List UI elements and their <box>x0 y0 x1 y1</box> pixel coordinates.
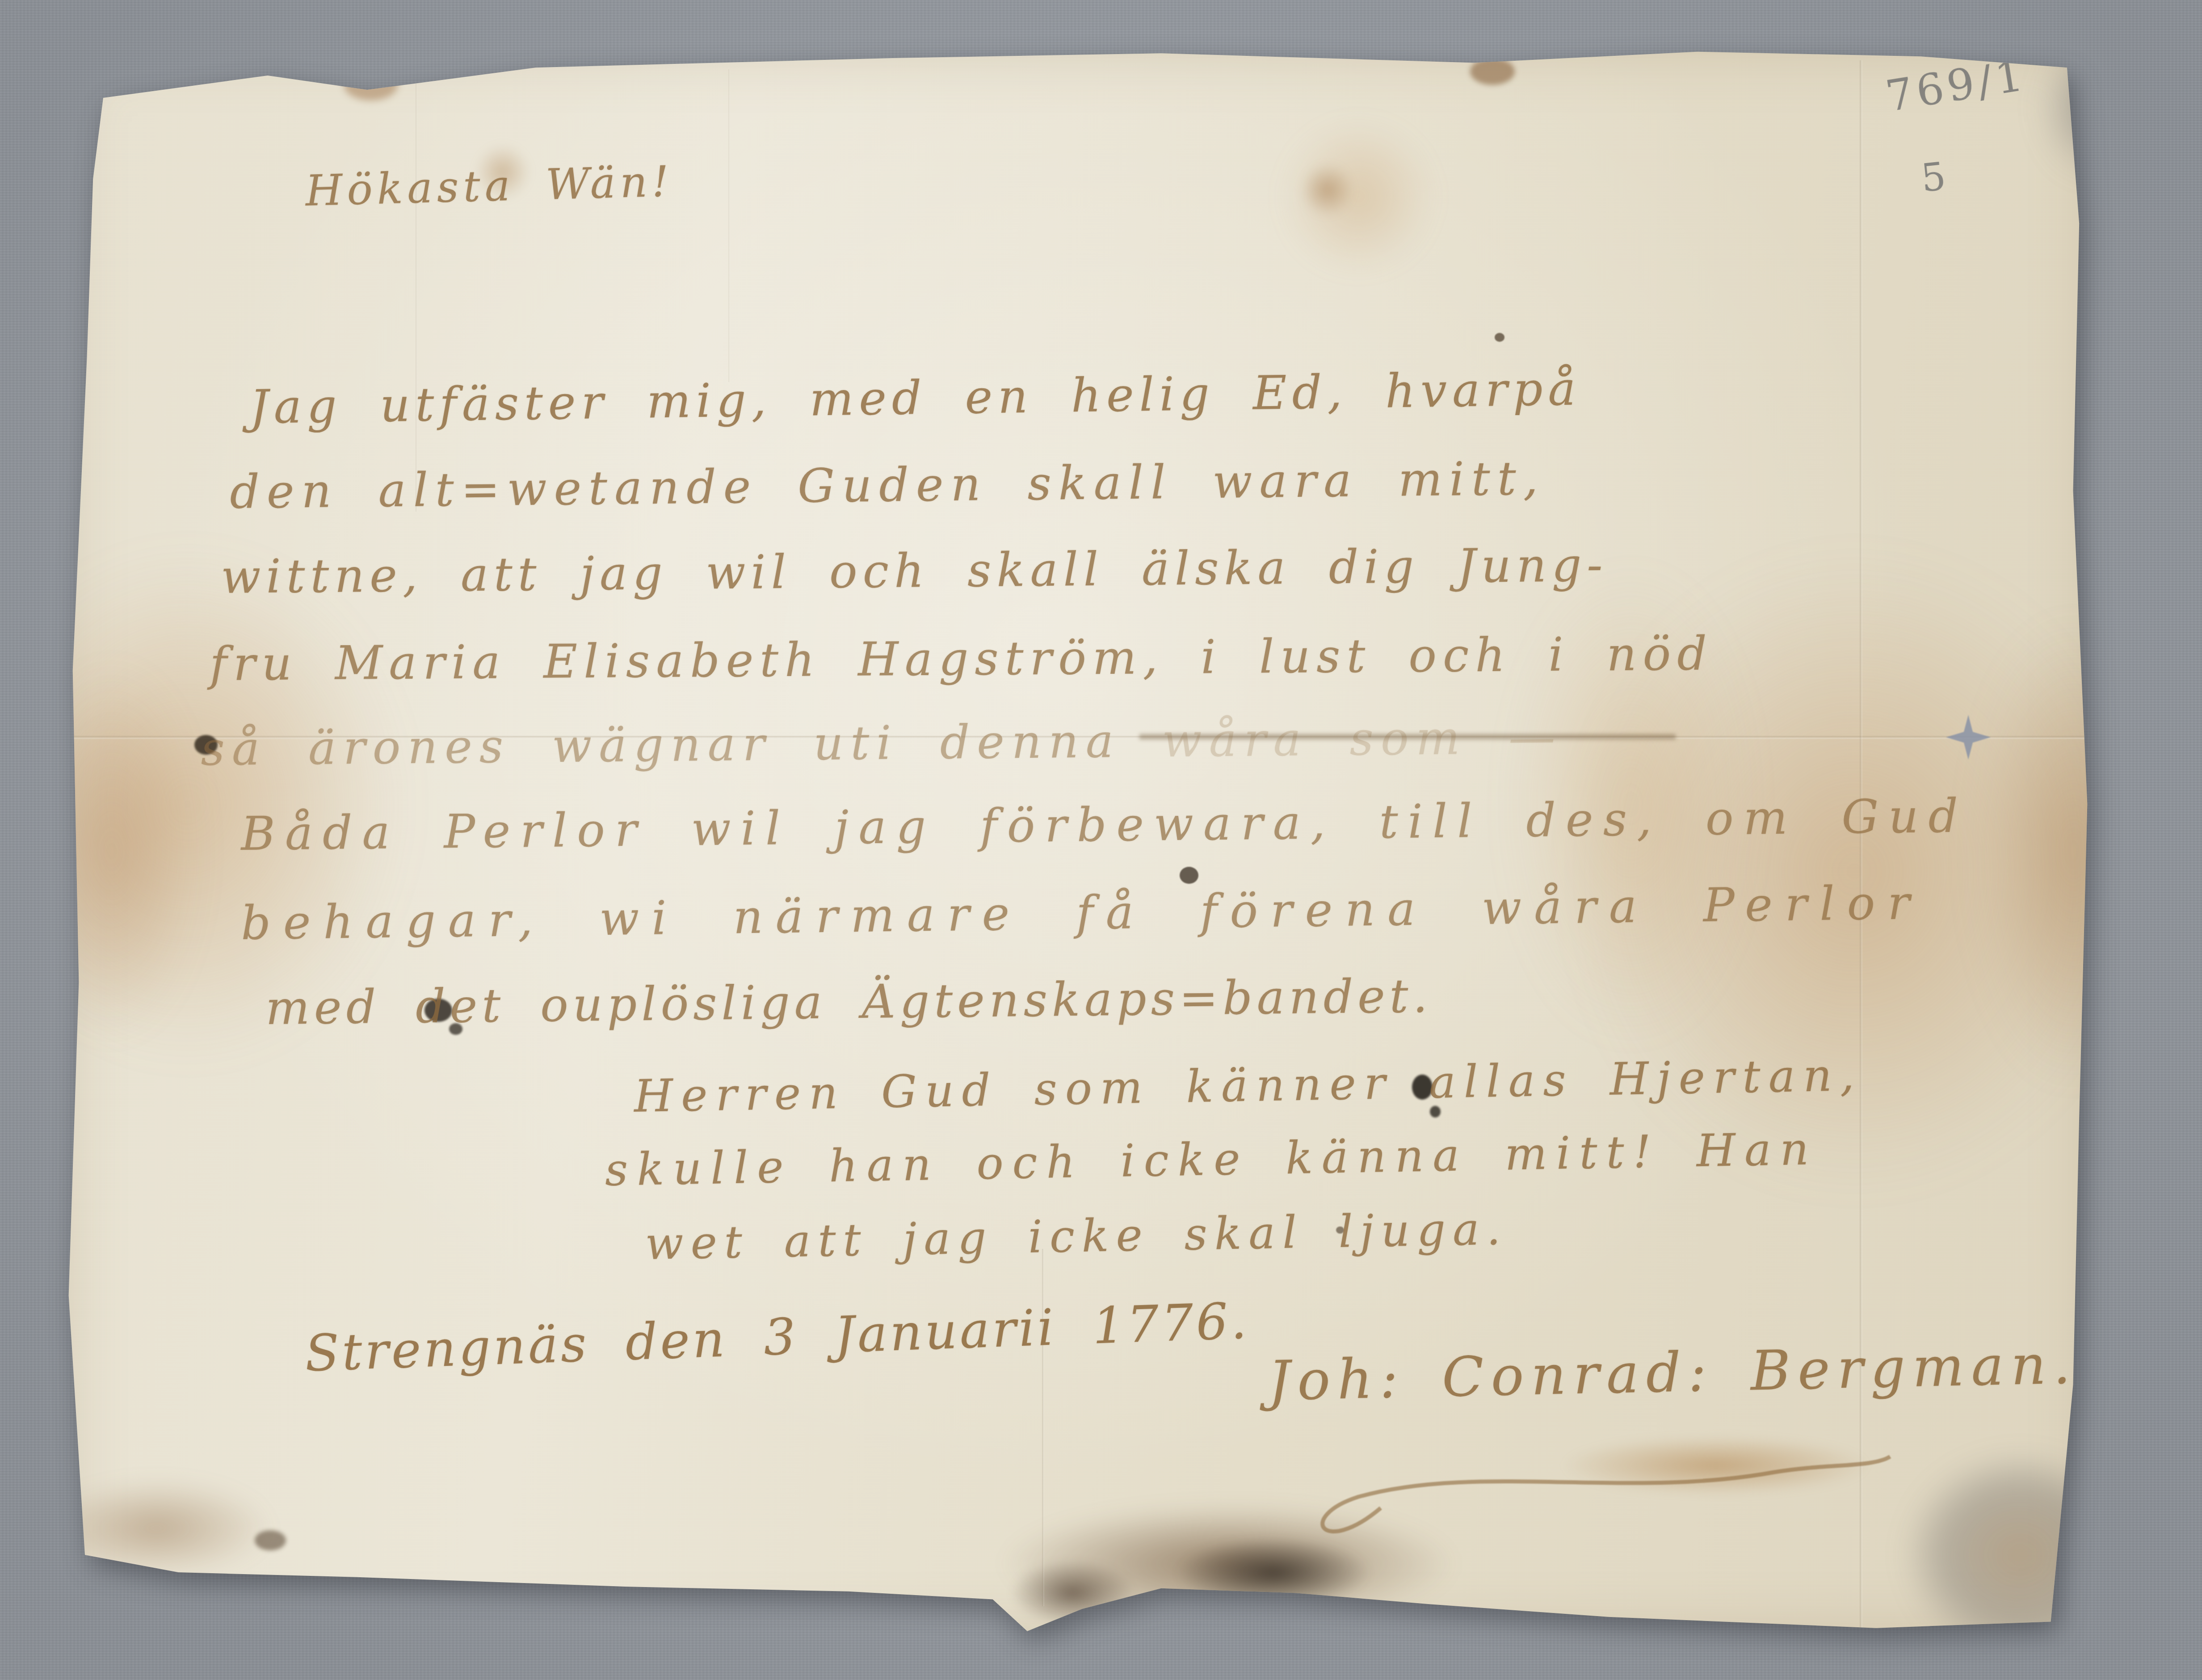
letter-line-faded: så ärones wägnar uti denna wåra som — <box>201 710 1563 776</box>
water-stain-right-edge <box>1975 619 2172 1084</box>
letter-paper-wrapper: 769/1 5 Hökasta Wän! Jag utfäster mig, m… <box>63 47 2093 1638</box>
salutation: Hökasta Wän! <box>305 157 674 216</box>
letter-line-faded-visible: så ärones wägnar uti denna <box>201 714 1121 776</box>
stain-top-right-spot <box>1470 58 1515 85</box>
letter-line-faded-tail: wåra som — <box>1162 710 1562 768</box>
stain-bottom-left-spot <box>255 1530 286 1550</box>
letter-line: med det ouplösliga Ägtenskaps=bandet. <box>265 969 1432 1035</box>
verse-line: wet att jag icke skal ljuga. <box>645 1202 1508 1270</box>
ink-dot-upper <box>1495 333 1504 342</box>
verse-line: skulle han och icke känna mitt! Han <box>605 1123 1818 1196</box>
letter-paper: 769/1 5 Hökasta Wän! Jag utfäster mig, m… <box>63 47 2093 1638</box>
water-stain-left <box>0 554 402 1054</box>
dateline: Strengnäs den 3 Januarii 1776. <box>304 1292 1250 1383</box>
signature-flourish <box>1247 1414 1917 1566</box>
stain-top-edge <box>344 69 398 101</box>
signature: Joh: Conrad: Bergman. <box>1268 1332 2078 1413</box>
photo-background: 769/1 5 Hökasta Wän! Jag utfäster mig, m… <box>0 0 2202 1680</box>
letter-line: fru Maria Elisabeth Hagström, i lust och… <box>210 626 1713 691</box>
stain-bottom-right-corner <box>1904 1452 2136 1658</box>
smudge-top-right-corner <box>2038 36 2145 179</box>
stain-bottom-left <box>40 1479 273 1577</box>
water-stain-left-core <box>22 664 201 1039</box>
letter-line: Jag utfäster mig, med en helig Ed, hvarp… <box>249 361 1581 434</box>
stain-bottom-notch <box>1010 1559 1135 1626</box>
stain-top-center-core <box>1300 163 1354 217</box>
archival-page-number: 5 <box>1919 154 1952 201</box>
ink-dot-line6 <box>1180 867 1198 884</box>
letter-line: Båda Perlor wil jag förbewara, till des,… <box>241 789 1968 861</box>
archival-number: 769/1 <box>1882 50 2030 122</box>
stain-top-center <box>1282 121 1434 273</box>
letter-line: wittne, att jag wil och skall älska dig … <box>221 538 1608 604</box>
letter-line: behagar, wi närmare få förena wåra Perlo… <box>241 875 1923 950</box>
verse-line: Herren Gud som känner allas Hjertan, <box>634 1049 1863 1122</box>
fold-cross-mark <box>1946 715 1991 760</box>
crease-vertical-top-mid <box>728 69 730 382</box>
crease-vertical-top-left <box>416 74 417 512</box>
letter-line: den alt=wetande Guden skall wara mitt, <box>230 451 1546 519</box>
